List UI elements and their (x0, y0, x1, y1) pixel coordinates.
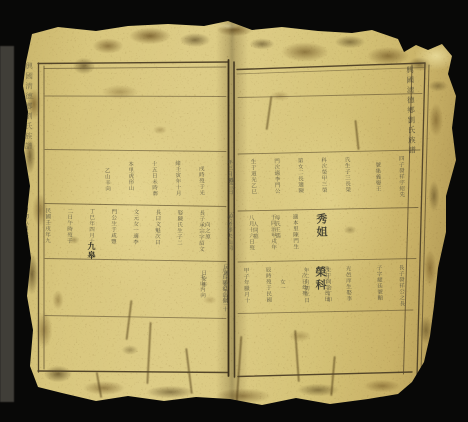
scanner-edge-strip (0, 46, 14, 402)
paper-speckle-texture (0, 0, 468, 422)
photo-background: 興國淸德鄕劉氏族譜 興國淸德鄕劉氏族譜 長子承宗字紹文 娶陳氏生子二 長曰文魁次… (0, 0, 468, 422)
book-spread: 興國淸德鄕劉氏族譜 興國淸德鄕劉氏族譜 長子承宗字紹文 娶陳氏生子二 長曰文魁次… (0, 0, 468, 422)
